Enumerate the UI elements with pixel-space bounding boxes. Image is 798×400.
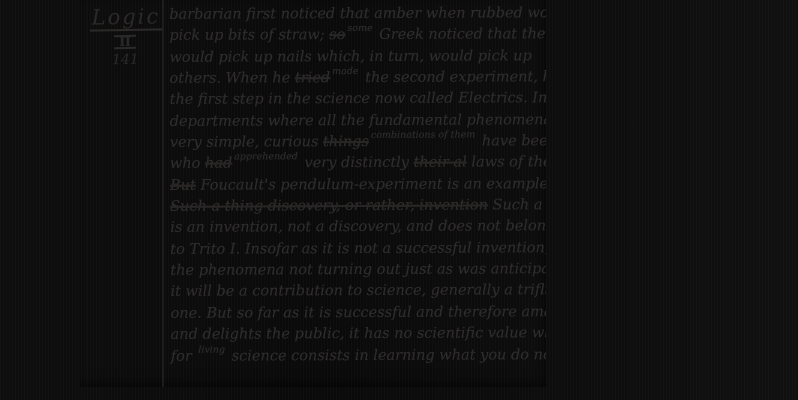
page-title: Logic	[89, 4, 162, 31]
page-header: Logic II 141	[89, 4, 160, 68]
handwritten-text: have been invented by those	[477, 133, 546, 150]
manuscript-line: others. When he triedmade the second exp…	[169, 67, 545, 90]
manuscript-line: the first step in the science now called…	[170, 89, 546, 112]
paper-left-edge	[86, 0, 88, 387]
manuscript-line: pick up bits of straw; sosome Greek noti…	[169, 25, 545, 48]
struck-text: tried	[295, 70, 330, 86]
inserted-text: made	[330, 67, 360, 76]
handwritten-text: departments where all the fundamental ph…	[170, 112, 546, 130]
manuscript-line: who hadapprehended very distinctly their…	[170, 153, 546, 176]
handwritten-text: and delights the public, it has no scien…	[171, 325, 546, 343]
handwritten-text: Foucault's pendulum-experiment is an exa…	[196, 176, 546, 194]
inserted-text: some	[345, 24, 374, 33]
struck-text: Such a thing discovery, or rather, inven…	[170, 198, 488, 215]
struck-text: things	[323, 134, 369, 150]
handwritten-text: Greek noticed that the lodestone	[375, 26, 546, 43]
manuscript-line: is an invention, not a discovery, and do…	[170, 217, 546, 240]
manuscript-text: barbarian first noticed that amber when …	[169, 3, 546, 367]
handwritten-text: the first step in the science now called…	[170, 90, 546, 108]
manuscript-page: Logic II 141 barbarian first noticed tha…	[80, 0, 546, 387]
handwritten-text: for	[171, 348, 197, 364]
handwritten-text: barbarian first noticed that amber when …	[169, 5, 546, 23]
struck-text: their al	[414, 155, 467, 171]
manuscript-line: departments where all the fundamental ph…	[170, 110, 546, 133]
handwritten-text: Such a thing	[488, 197, 546, 213]
volume-numeral: II	[114, 35, 135, 49]
handwritten-text: laws of the forces concerned.	[467, 154, 546, 171]
handwritten-text: it will be a contribution to science, ge…	[170, 283, 546, 301]
handwritten-text: science consists in learning what you do…	[227, 346, 546, 364]
handwritten-text: the phenomena not turning out just as wa…	[170, 261, 546, 279]
struck-text: But	[170, 177, 196, 193]
page-number: 141	[90, 51, 160, 68]
manuscript-line: very simple, curious thingscombinations …	[170, 131, 546, 154]
handwritten-text: others. When he	[169, 70, 294, 87]
handwritten-text: the second experiment, he was taking	[361, 69, 546, 86]
inserted-text: combinations of them	[369, 131, 477, 140]
manuscript-line: But Foucault's pendulum-experiment is an…	[170, 174, 546, 197]
margin-rule-line	[162, 0, 164, 387]
manuscript-line: for living science consists in learning …	[171, 345, 546, 368]
manuscript-line: to Trito I. Insofar as it is not a succe…	[170, 238, 546, 261]
handwritten-text: one. But so far as it is successful and …	[171, 304, 546, 322]
handwritten-text: is an invention, not a discovery, and do…	[170, 219, 546, 237]
handwritten-text: to Trito I. Insofar as it is not a succe…	[170, 240, 546, 258]
inserted-text: living	[196, 345, 227, 354]
handwritten-text: who	[170, 156, 205, 172]
handwritten-text: would pick up nails which, in turn, woul…	[169, 48, 531, 66]
inserted-text: apprehended	[232, 153, 300, 162]
manuscript-line: Such a thing discovery, or rather, inven…	[170, 195, 546, 218]
struck-text: so	[329, 27, 345, 43]
manuscript-line: it will be a contribution to science, ge…	[170, 281, 546, 304]
manuscript-line: and delights the public, it has no scien…	[171, 323, 546, 346]
manuscript-line: one. But so far as it is successful and …	[171, 302, 546, 325]
handwritten-text: very distinctly	[300, 155, 414, 171]
handwritten-text: very simple, curious	[170, 134, 323, 151]
struck-text: had	[205, 156, 232, 172]
manuscript-line: the phenomena not turning out just as wa…	[170, 259, 546, 282]
handwritten-text: pick up bits of straw;	[169, 27, 329, 44]
